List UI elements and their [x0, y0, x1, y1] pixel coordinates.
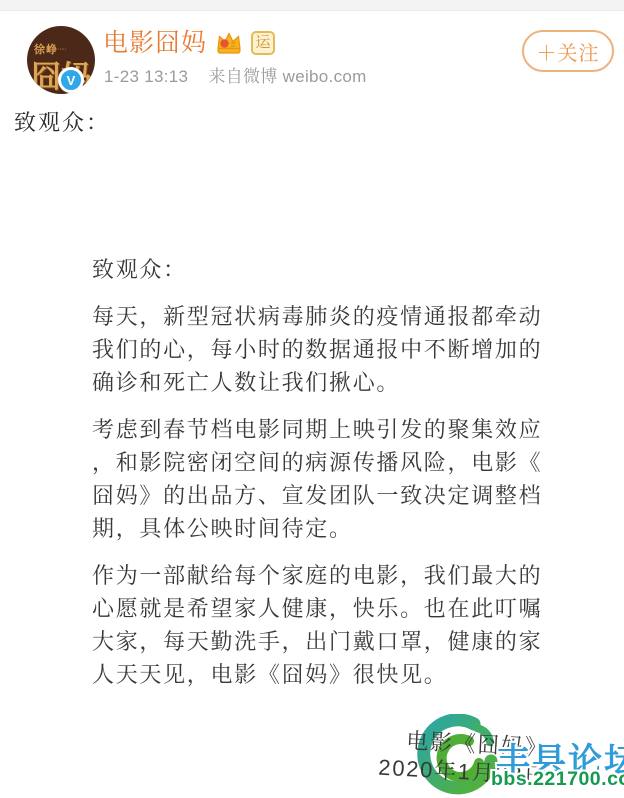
- top-divider: [0, 0, 624, 11]
- letter-line: 考虑到春节档电影同期上映引发的聚集效应: [92, 413, 548, 446]
- vip-crown-icon[interactable]: [215, 30, 243, 57]
- fortune-badge-icon[interactable]: 运: [251, 31, 275, 55]
- letter-signature: 电影《囧妈》 2020年1月23日: [92, 731, 548, 787]
- letter-line: 作为一部献给每个家庭的电影，我们最大的: [92, 559, 548, 592]
- letter-line: 每天，新型冠状病毒肺炎的疫情通报都牵动: [92, 300, 548, 333]
- letter-paragraph-1: 每天，新型冠状病毒肺炎的疫情通报都牵动 我们的心，每小时的数据通报中不断增加的 …: [92, 300, 548, 399]
- post-source: 来自微博 weibo.com: [208, 67, 366, 86]
- weibo-post-page: 徐峥····· 囧妈 V 电影囧妈 运 1-23 13:13 来自微博 weib…: [0, 0, 624, 798]
- letter-image[interactable]: 致观众： 每天，新型冠状病毒肺炎的疫情通报都牵动 我们的心，每小时的数据通报中不…: [92, 253, 548, 787]
- letter-paragraph-2: 考虑到春节档电影同期上映引发的聚集效应 ，和影院密闭空间的病源传播风险，电影《 …: [92, 413, 548, 545]
- post-timestamp: 1-23 13:13: [104, 67, 188, 86]
- username-link[interactable]: 电影囧妈: [103, 27, 207, 59]
- letter-line: 囧妈》的出品方、宣发团队一致决定调整档: [92, 479, 548, 512]
- letter-salutation: 致观众：: [92, 253, 548, 286]
- letter-line: 大家，每天勤洗手，出门戴口罩，健康的家: [92, 625, 548, 658]
- post-meta[interactable]: 1-23 13:13 来自微博 weibo.com: [104, 62, 367, 87]
- letter-line: ，和影院密闭空间的病源传播风险，电影《: [92, 446, 548, 479]
- letter-line: 我们的心，每小时的数据通报中不断增加的: [92, 333, 548, 366]
- letter-line: 人天天见，电影《囧妈》很快见。: [92, 658, 548, 691]
- verified-badge-icon: V: [58, 67, 84, 93]
- follow-button[interactable]: ＋关注: [522, 30, 614, 72]
- letter-line: 期，具体公映时间待定。: [92, 512, 548, 545]
- user-name-row: 电影囧妈 运: [103, 27, 275, 59]
- watermark-site-url: bbs.221700.com: [491, 768, 624, 791]
- post-text: 致观众：: [14, 106, 110, 137]
- letter-paragraph-3: 作为一部献给每个家庭的电影，我们最大的 心愿就是希望家人健康，快乐。也在此叮嘱 …: [92, 559, 548, 691]
- letter-line: 确诊和死亡人数让我们揪心。: [92, 366, 548, 399]
- letter-line: 心愿就是希望家人健康，快乐。也在此叮嘱: [92, 592, 548, 625]
